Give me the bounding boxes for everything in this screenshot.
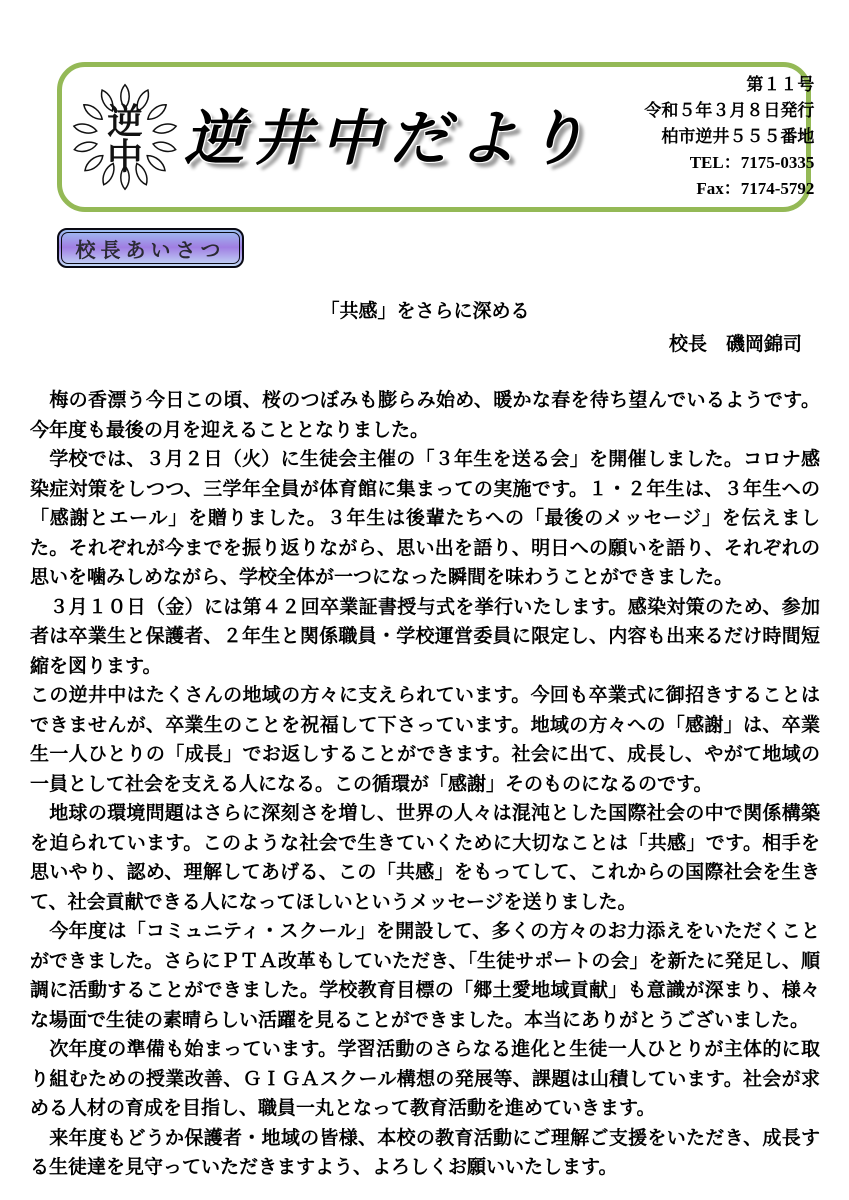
publication-date: 令和５年３月８日発行: [594, 98, 814, 124]
newsletter-page: 逆 中 逆井中だより 第１１号 令和５年３月８日発行 柏市逆井５５５番地 TEL…: [0, 0, 849, 1200]
article-author: 校長 磯岡錦司: [30, 331, 820, 359]
school-emblem-icon: 逆 中: [69, 81, 181, 193]
principal-greeting-article: 「共感」をさらに深める 校長 磯岡錦司 梅の香漂う今日この頃、桜のつぼみも膨らみ…: [30, 298, 820, 1183]
article-paragraph: 今年度は「コミュニティ・スクール」を開設して、多くの方々のお力添えをいただくこと…: [30, 917, 820, 1035]
article-title: 「共感」をさらに深める: [30, 298, 820, 326]
fax-number: Fax：7174-5792: [594, 176, 814, 202]
newsletter-title: 逆井中だより: [184, 91, 594, 183]
article-paragraph: 学校では、３月２日（火）に生徒会主催の「３年生を送る会」を開催しました。コロナ感…: [30, 445, 820, 593]
article-body: 梅の香漂う今日この頃、桜のつぼみも膨らみ始め、暖かな春を待ち望んでいるようです。…: [30, 386, 820, 1183]
tel-number: TEL：7175-0335: [594, 150, 814, 176]
article-paragraph: 地球の環境問題はさらに深刻さを増し、世界の人々は混沌とした国際社会の中で関係構築…: [30, 799, 820, 917]
header-publication-info: 第１１号 令和５年３月８日発行 柏市逆井５５５番地 TEL：7175-0335 …: [594, 72, 828, 202]
school-emblem-icon: 逆 中: [66, 81, 184, 193]
article-paragraph: 次年度の準備も始まっています。学習活動のさらなる進化と生徒一人ひとりが主体的に取…: [30, 1035, 820, 1124]
section-badge-label: 校長あいさつ: [61, 232, 240, 264]
section-badge-principal-greeting: 校長あいさつ: [57, 228, 244, 268]
school-address: 柏市逆井５５５番地: [594, 124, 814, 150]
article-paragraph: この逆井中はたくさんの地域の方々に支えられています。今回も卒業式に御招きすること…: [30, 681, 820, 799]
article-paragraph: ３月１０日（金）には第４２回卒業証書授与式を挙行いたします。感染対策のため、参加…: [30, 593, 820, 682]
emblem-top-char: 逆: [107, 101, 142, 141]
issue-number: 第１１号: [594, 72, 814, 98]
article-paragraph: 梅の香漂う今日この頃、桜のつぼみも膨らみ始め、暖かな春を待ち望んでいるようです。…: [30, 386, 820, 445]
header-banner: 逆 中 逆井中だより 第１１号 令和５年３月８日発行 柏市逆井５５５番地 TEL…: [57, 62, 811, 212]
article-paragraph: 来年度もどうか保護者・地域の皆様、本校の教育活動にご理解ご支援をいただき、成長す…: [30, 1124, 820, 1183]
emblem-bottom-char: 中: [107, 137, 142, 177]
